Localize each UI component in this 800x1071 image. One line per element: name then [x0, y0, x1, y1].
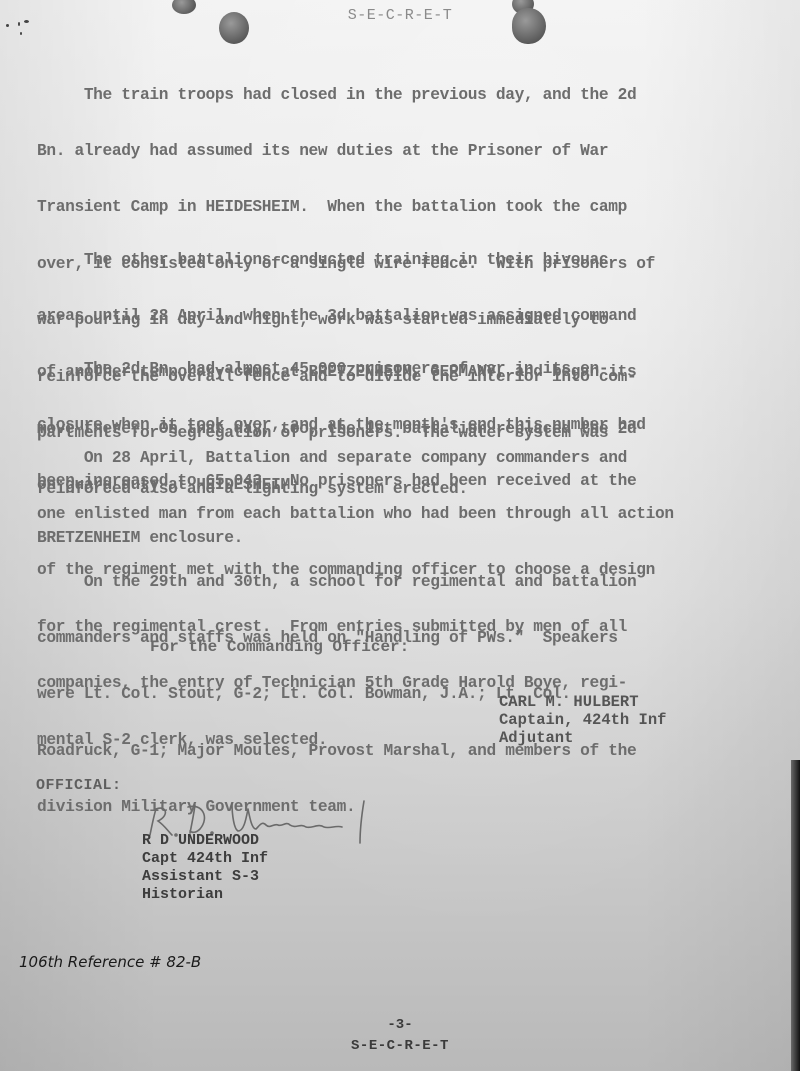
- closing-line: For the Commanding Officer:: [150, 638, 409, 656]
- text-line: one enlisted man from each battalion who…: [37, 505, 757, 524]
- signatory-rank: Captain, 424th Inf: [499, 711, 666, 729]
- official-label: OFFICIAL:: [36, 777, 122, 794]
- signatory-name: CARL M. HULBERT: [499, 693, 666, 711]
- page-number: -3-: [0, 1017, 800, 1033]
- official-name: R D UNDERWOOD: [142, 832, 268, 850]
- header-classification: S-E-C-R-E-T: [0, 7, 800, 24]
- signatory-title: Adjutant: [499, 729, 666, 747]
- official-role: Assistant S-3: [142, 868, 268, 886]
- text-line: The train troops had closed in the previ…: [37, 86, 757, 105]
- text-line: Bn. already had assumed its new duties a…: [37, 142, 757, 161]
- text-line: The 2d Bn. had almost 45,000 prisoners o…: [37, 360, 757, 379]
- text-line: On the 29th and 30th, a school for regim…: [37, 573, 757, 592]
- footer-classification: S-E-C-R-E-T: [0, 1038, 800, 1054]
- reference-number: 106th Reference # 82-B: [19, 953, 201, 971]
- official-title: Historian: [142, 886, 268, 904]
- document-page: S-E-C-R-E-T The train troops had closed …: [0, 0, 800, 1071]
- signatory-block: CARL M. HULBERT Captain, 424th Inf Adjut…: [499, 693, 666, 747]
- official-signatory-block: R D UNDERWOOD Capt 424th Inf Assistant S…: [142, 832, 268, 904]
- official-rank: Capt 424th Inf: [142, 850, 268, 868]
- text-line: On 28 April, Battalion and separate comp…: [37, 449, 757, 468]
- text-line: The other battalions conducted training …: [37, 251, 757, 270]
